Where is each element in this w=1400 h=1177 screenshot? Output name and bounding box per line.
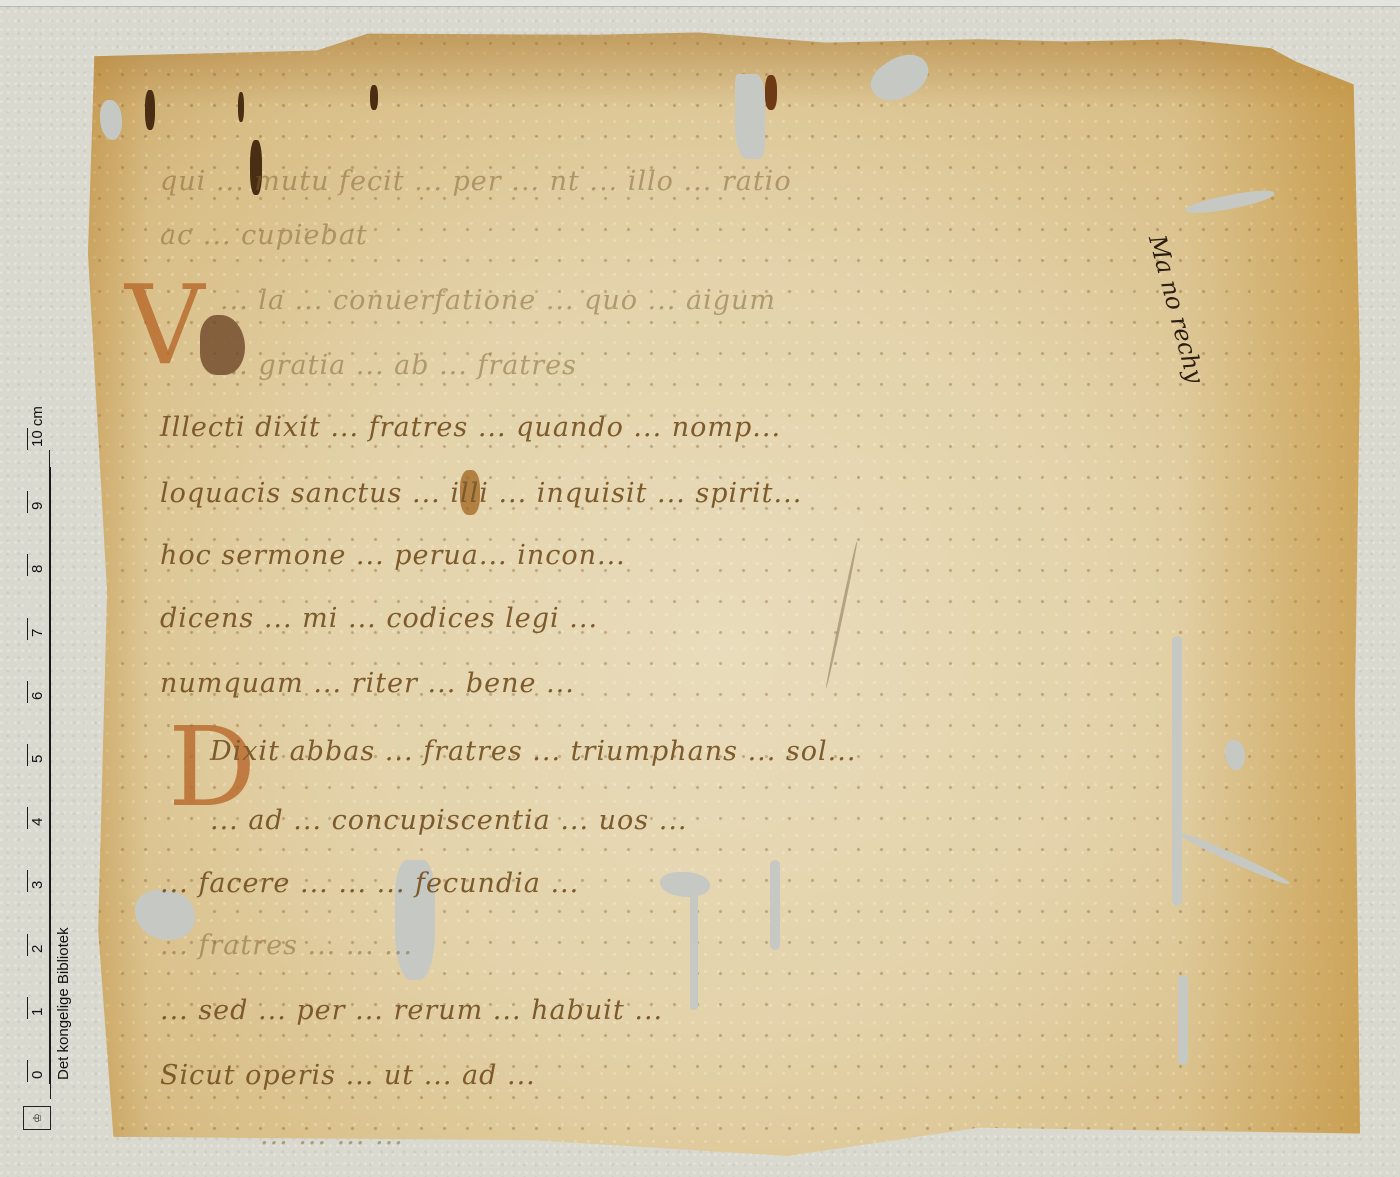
ruler-tick — [27, 491, 28, 513]
edge-stain-left — [88, 28, 148, 1156]
hole — [1178, 975, 1188, 1065]
ink-spot — [370, 85, 378, 110]
text-line: Dixit abbas ... fratres ... triumphans .… — [210, 736, 856, 767]
manuscript-fragment — [88, 28, 1360, 1156]
ruler-tick-label: 1 — [29, 1007, 46, 1015]
ruler-tick — [27, 744, 28, 766]
hole — [100, 100, 122, 140]
scan-border — [0, 0, 1400, 7]
text-line: ... facere ... ... ... fecundia ... — [160, 868, 579, 899]
edge-stain-top — [88, 28, 1360, 108]
ruler-baseline — [50, 467, 51, 1099]
ruler-tick-label: 6 — [29, 691, 46, 699]
text-line: qui ... mutu fecit ... per ... nt ... il… — [160, 166, 792, 197]
hole — [770, 860, 780, 950]
ruler-tick — [27, 807, 28, 829]
kb-crown-logo-icon: ♔ — [23, 1106, 51, 1130]
decorated-initial-v: V — [125, 270, 204, 380]
ruler-tick — [27, 997, 28, 1019]
ruler-tick-label: 0 — [29, 1071, 46, 1079]
ruler-tick-label: 5 — [29, 755, 46, 763]
hole — [1172, 636, 1182, 906]
ruler-tick — [27, 934, 28, 956]
ruler-tick-label: 8 — [29, 565, 46, 573]
text-line: ... la ... conuerfatione ... quo ... aig… — [220, 285, 776, 316]
text-line: Sicut operis ... ut ... ad ... — [160, 1060, 536, 1091]
ink-spot — [765, 75, 777, 110]
ruler-tick-label: 4 — [29, 818, 46, 826]
ink-spot — [145, 90, 155, 130]
ruler-tick-label: 9 — [29, 502, 46, 510]
text-line: numquam ... riter ... bene ... — [160, 668, 575, 699]
text-line: ... gratia ... ab ... fratres — [220, 350, 577, 381]
ruler-tick — [27, 681, 28, 703]
text-line: ... ... ... ... — [260, 1120, 404, 1151]
text-line: hoc sermone ... perua... incon... — [160, 540, 626, 571]
hole — [1225, 740, 1245, 770]
text-line: ... fratres ... ... ... — [160, 930, 413, 961]
ruler-tick-label: 10 cm — [29, 406, 46, 447]
ruler-tick — [27, 428, 28, 450]
ruler-tick — [27, 1060, 28, 1082]
text-line: ... ad ... concupiscentia ... uos ... — [210, 805, 688, 836]
library-label: Det kongelige Bibliotek — [55, 927, 72, 1080]
ruler-tick-label: 7 — [29, 628, 46, 636]
ruler-tick-label: 3 — [29, 881, 46, 889]
ruler-tick — [27, 554, 28, 576]
hole — [735, 74, 765, 159]
text-line: dicens ... mi ... codices legi ... — [160, 603, 598, 634]
text-line: loquacis sanctus ... illi ... inquisit .… — [160, 478, 802, 509]
ruler-tick — [27, 870, 28, 892]
ruler-tick — [27, 618, 28, 640]
ruler-tick-label: 2 — [29, 944, 46, 952]
text-line: ... sed ... per ... rerum ... habuit ... — [160, 995, 663, 1026]
ink-spot — [238, 92, 244, 122]
cm-scale-ruler — [0, 455, 90, 1175]
text-line: Illecti dixit ... fratres ... quando ...… — [160, 412, 781, 443]
hole — [690, 890, 698, 1010]
text-line: ac ... cupiebat — [160, 220, 368, 251]
ruler-baseline — [49, 450, 50, 1084]
